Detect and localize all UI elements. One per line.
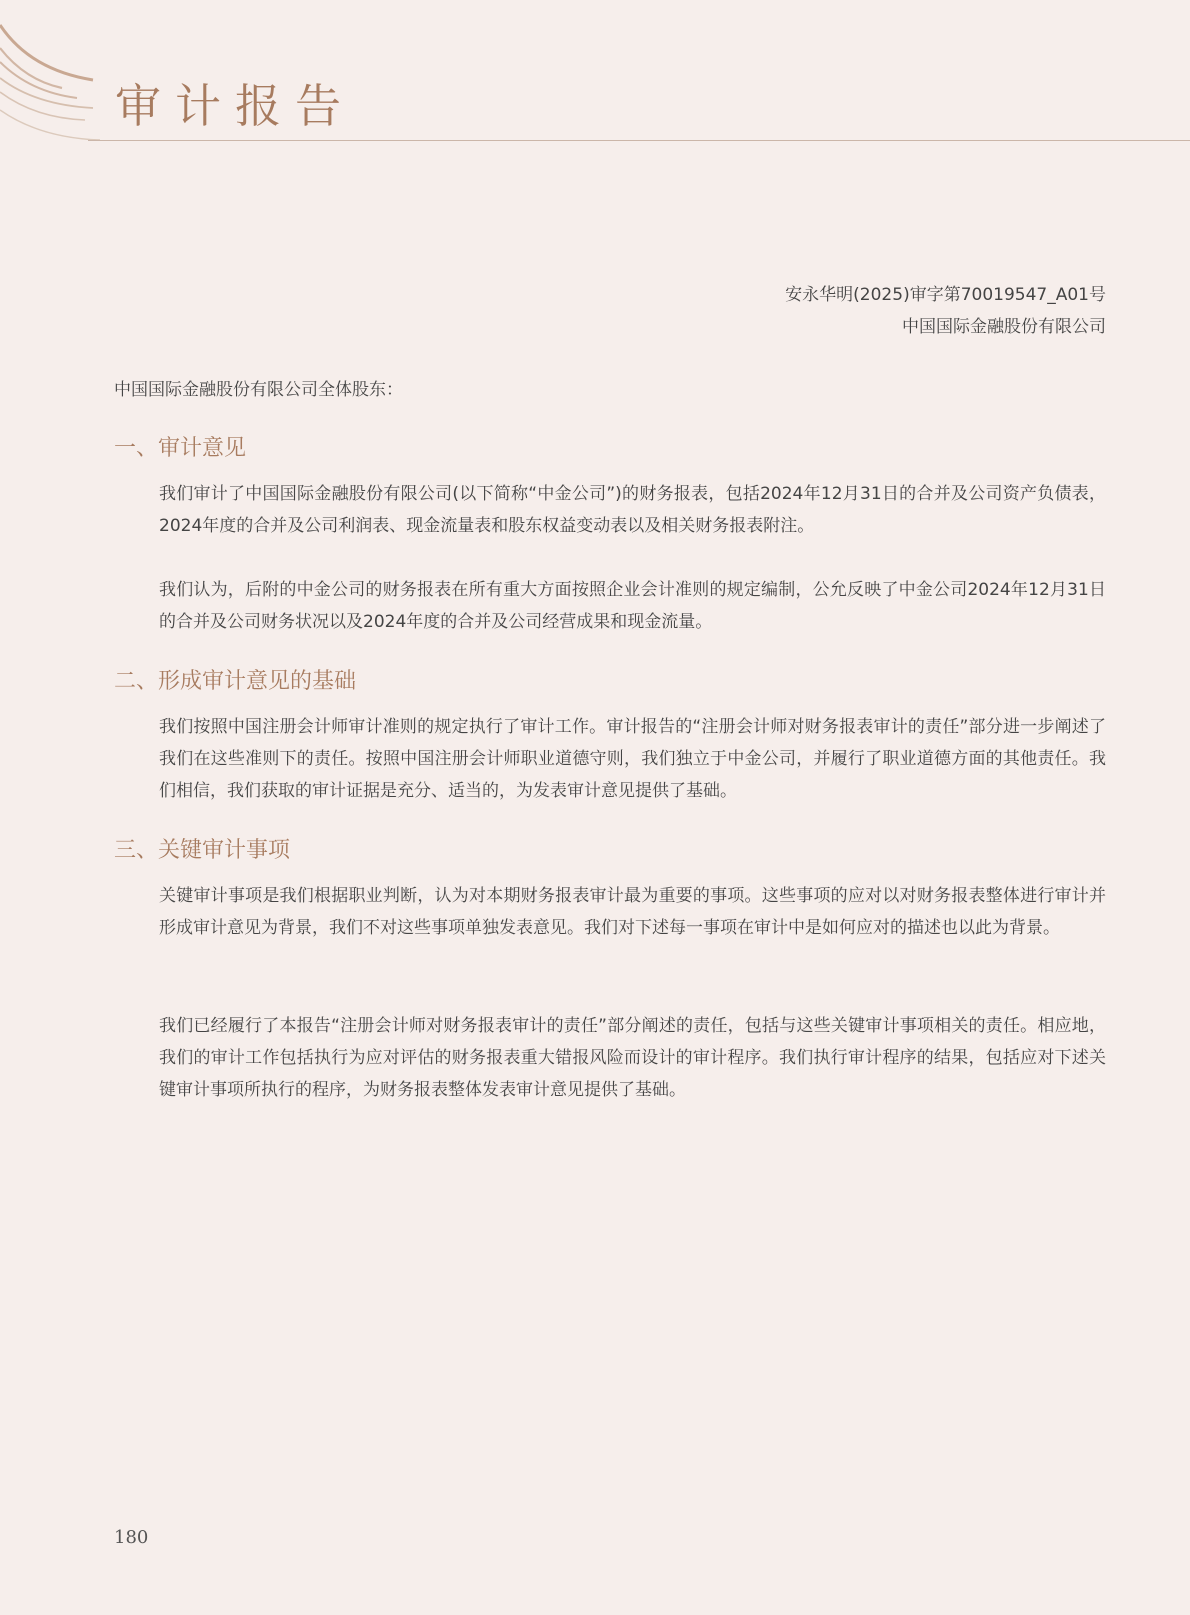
reference-company: 中国国际金融股份有限公司 [785, 311, 1106, 343]
page-number: 180 [114, 1527, 148, 1548]
paragraph: 我们按照中国注册会计师审计准则的规定执行了审计工作。审计报告的“注册会计师对财务… [159, 711, 1106, 807]
paragraph: 关键审计事项是我们根据职业判断，认为对本期财务报表审计最为重要的事项。这些事项的… [159, 880, 1106, 944]
paragraph: 我们已经履行了本报告“注册会计师对财务报表审计的责任”部分阐述的责任，包括与这些… [159, 1010, 1106, 1106]
section-heading-key-audit-matters: 三、关键审计事项 [114, 836, 290, 866]
header-divider [88, 140, 1190, 141]
decorative-arcs-icon [0, 0, 100, 145]
addressee: 中国国际金融股份有限公司全体股东： [114, 377, 403, 403]
report-number: 安永华明(2025)审字第70019547_A01号 [785, 279, 1106, 311]
report-reference: 安永华明(2025)审字第70019547_A01号 中国国际金融股份有限公司 [785, 279, 1106, 343]
section-heading-audit-opinion: 一、审计意见 [114, 434, 246, 464]
paragraph: 我们审计了中国国际金融股份有限公司(以下简称“中金公司”)的财务报表，包括202… [159, 478, 1106, 542]
section-heading-basis-for-opinion: 二、形成审计意见的基础 [114, 667, 356, 697]
page-title: 审计报告 [115, 76, 355, 136]
paragraph: 我们认为，后附的中金公司的财务报表在所有重大方面按照企业会计准则的规定编制，公允… [159, 574, 1106, 638]
